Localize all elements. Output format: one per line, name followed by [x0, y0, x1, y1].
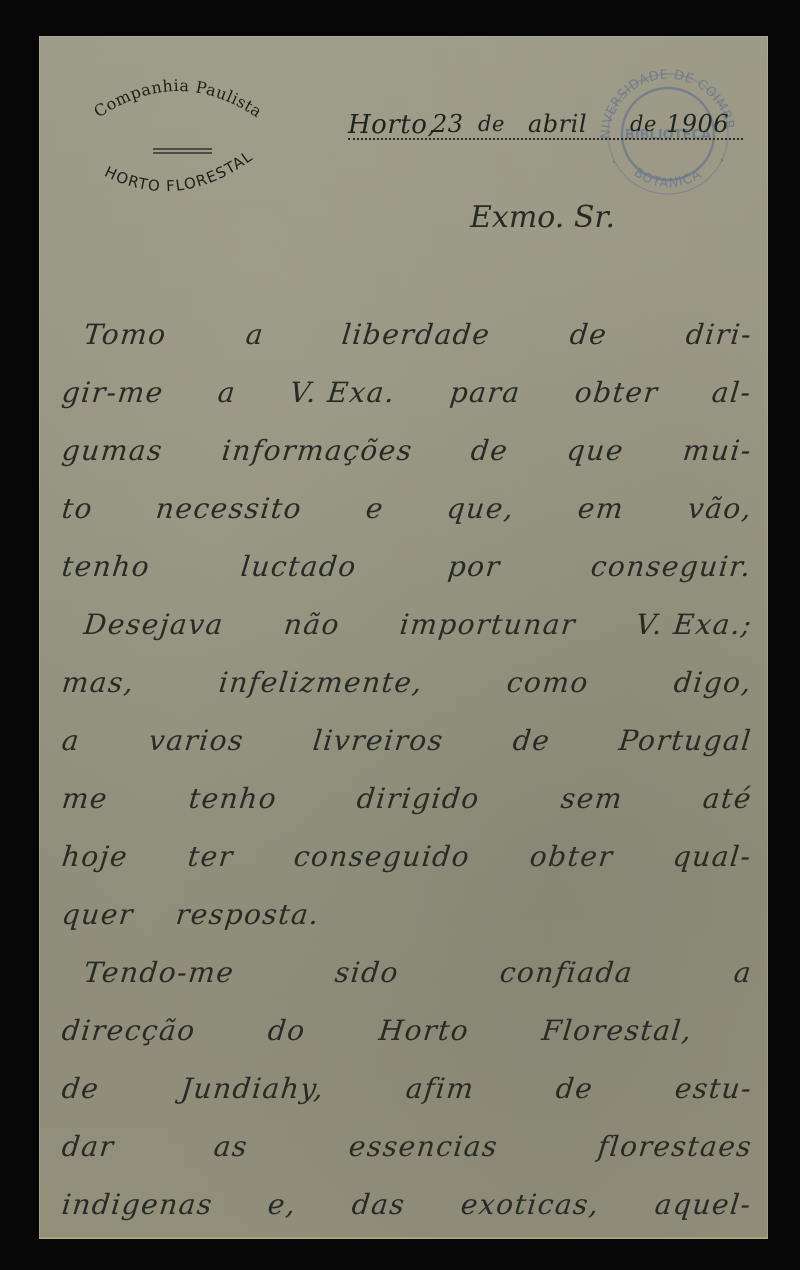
word: liberdade [341, 318, 493, 351]
word: de [554, 1072, 595, 1105]
body-line-8: a varios livreiros de Portugal [62, 724, 752, 782]
word: por [446, 550, 502, 583]
word: mas, [60, 666, 136, 699]
body-line-13: direcção do Horto Florestal, [62, 1014, 752, 1072]
word: não [282, 608, 342, 641]
word: obter [573, 376, 660, 409]
word: Jundiahy, [179, 1072, 326, 1105]
salutation: Exmo. Sr. [470, 200, 615, 235]
word: a [244, 318, 266, 351]
word: informações [220, 434, 414, 467]
word: que, [446, 492, 517, 525]
body-line-4: to necessito e que, em vão, [62, 492, 752, 550]
word: indigenas [60, 1188, 214, 1221]
date-place: Horto, [348, 110, 436, 140]
word: as [213, 1130, 251, 1163]
word: ter [186, 840, 235, 873]
word: vão, [686, 492, 754, 525]
word: tenho [187, 782, 279, 815]
body-line-9: me tenho dirigido sem até [62, 782, 752, 840]
word: V. Exa. [289, 376, 398, 409]
word: varios [147, 724, 246, 757]
word: a [216, 376, 238, 409]
letterhead-division: HORTO FLORESTAL [102, 147, 256, 195]
date-line: Horto, 23 de abril de 1906 [348, 110, 743, 146]
word: necessito [155, 492, 305, 525]
date-de-1: de [478, 112, 505, 136]
word: afim [404, 1072, 476, 1105]
word: estu- [673, 1072, 754, 1105]
word: livreiros [311, 724, 445, 757]
word: para [448, 376, 522, 409]
word: de [469, 434, 510, 467]
word: mui- [681, 434, 753, 467]
svg-text:Companhia Paulista: Companhia Paulista [90, 76, 265, 121]
body-line-2: gir-me a V. Exa. para obter al- [62, 376, 752, 434]
word: e [364, 492, 386, 525]
word: Horto [377, 1014, 471, 1047]
word: Tendo-me [82, 956, 236, 989]
word: do [267, 1014, 308, 1047]
word: de [60, 1072, 101, 1105]
word: dar [60, 1130, 116, 1163]
word: to [60, 492, 95, 525]
word: digo, [672, 666, 754, 699]
word: Desejava [82, 608, 225, 641]
date-month: abril [528, 110, 587, 138]
word: qual- [672, 840, 754, 873]
date-day: 23 [432, 110, 464, 138]
date-de-2: de [630, 112, 657, 136]
word: direcção [60, 1014, 197, 1047]
word: Florestal, [540, 1014, 694, 1047]
word: das [351, 1188, 408, 1221]
letterhead-company: Companhia Paulista [90, 76, 265, 121]
body-line-3: gumas informações de que mui- [62, 434, 752, 492]
scan-frame: Companhia Paulista HORTO FLORESTAL UNIVE… [0, 0, 800, 1270]
word: resposta. [174, 898, 321, 931]
body-line-15: dar as essencias florestaes [62, 1130, 752, 1188]
body-line-5: tenho luctado por conseguir. [62, 550, 752, 608]
word: que [566, 434, 626, 467]
body-line-10: hoje ter conseguido obter qual- [62, 840, 752, 898]
word: diri- [684, 318, 754, 351]
word: sido [333, 956, 401, 989]
svg-text:HORTO FLORESTAL: HORTO FLORESTAL [102, 147, 256, 195]
word: importunar [398, 608, 578, 641]
word: Portugal [617, 724, 753, 757]
word: luctado [239, 550, 358, 583]
word: Tomo [82, 318, 168, 351]
word: como [506, 666, 591, 699]
body-line-12: Tendo-me sido confiada a [62, 956, 752, 1014]
word: de [511, 724, 552, 757]
word: me [60, 782, 110, 815]
word: al- [711, 376, 754, 409]
body-line-11: quer resposta. [62, 898, 752, 956]
word: dirigido [355, 782, 481, 815]
letterhead: Companhia Paulista HORTO FLORESTAL [58, 60, 298, 210]
word: e, [267, 1188, 299, 1221]
word: V. Exa.; [634, 608, 754, 641]
body-line-6: Desejava não importunar V. Exa.; [62, 608, 752, 666]
word: gir-me [60, 376, 165, 409]
word: florestaes [596, 1130, 754, 1163]
word: em [577, 492, 627, 525]
word: essencias [347, 1130, 500, 1163]
body-line-16: indigenas e, das exoticas, aquel- [62, 1188, 752, 1246]
body-line-1: Tomo a liberdade de diri- [62, 318, 752, 376]
word: sem [559, 782, 624, 815]
body-line-14: de Jundiahy, afim de estu- [62, 1072, 752, 1130]
word: tenho [60, 550, 152, 583]
word: de [568, 318, 609, 351]
body-line-7: mas, infelizmente, como digo, [62, 666, 752, 724]
word: a [60, 724, 82, 757]
word: quer [60, 898, 135, 931]
word: conseguido [292, 840, 472, 873]
word: exoticas, [460, 1188, 602, 1221]
date-year: 1906 [666, 110, 729, 138]
word: gumas [60, 434, 165, 467]
word: obter [528, 840, 615, 873]
word: a [732, 956, 754, 989]
word: infelizmente, [217, 666, 424, 699]
word: aquel- [654, 1188, 754, 1221]
letter-body: Tomo a liberdade de diri- gir-me a V. Ex… [62, 318, 752, 1246]
word: até [701, 782, 753, 815]
letterhead-emblem: Companhia Paulista HORTO FLORESTAL [58, 60, 298, 210]
word: confiada [498, 956, 635, 989]
word: hoje [60, 840, 130, 873]
word: conseguir. [590, 550, 754, 583]
